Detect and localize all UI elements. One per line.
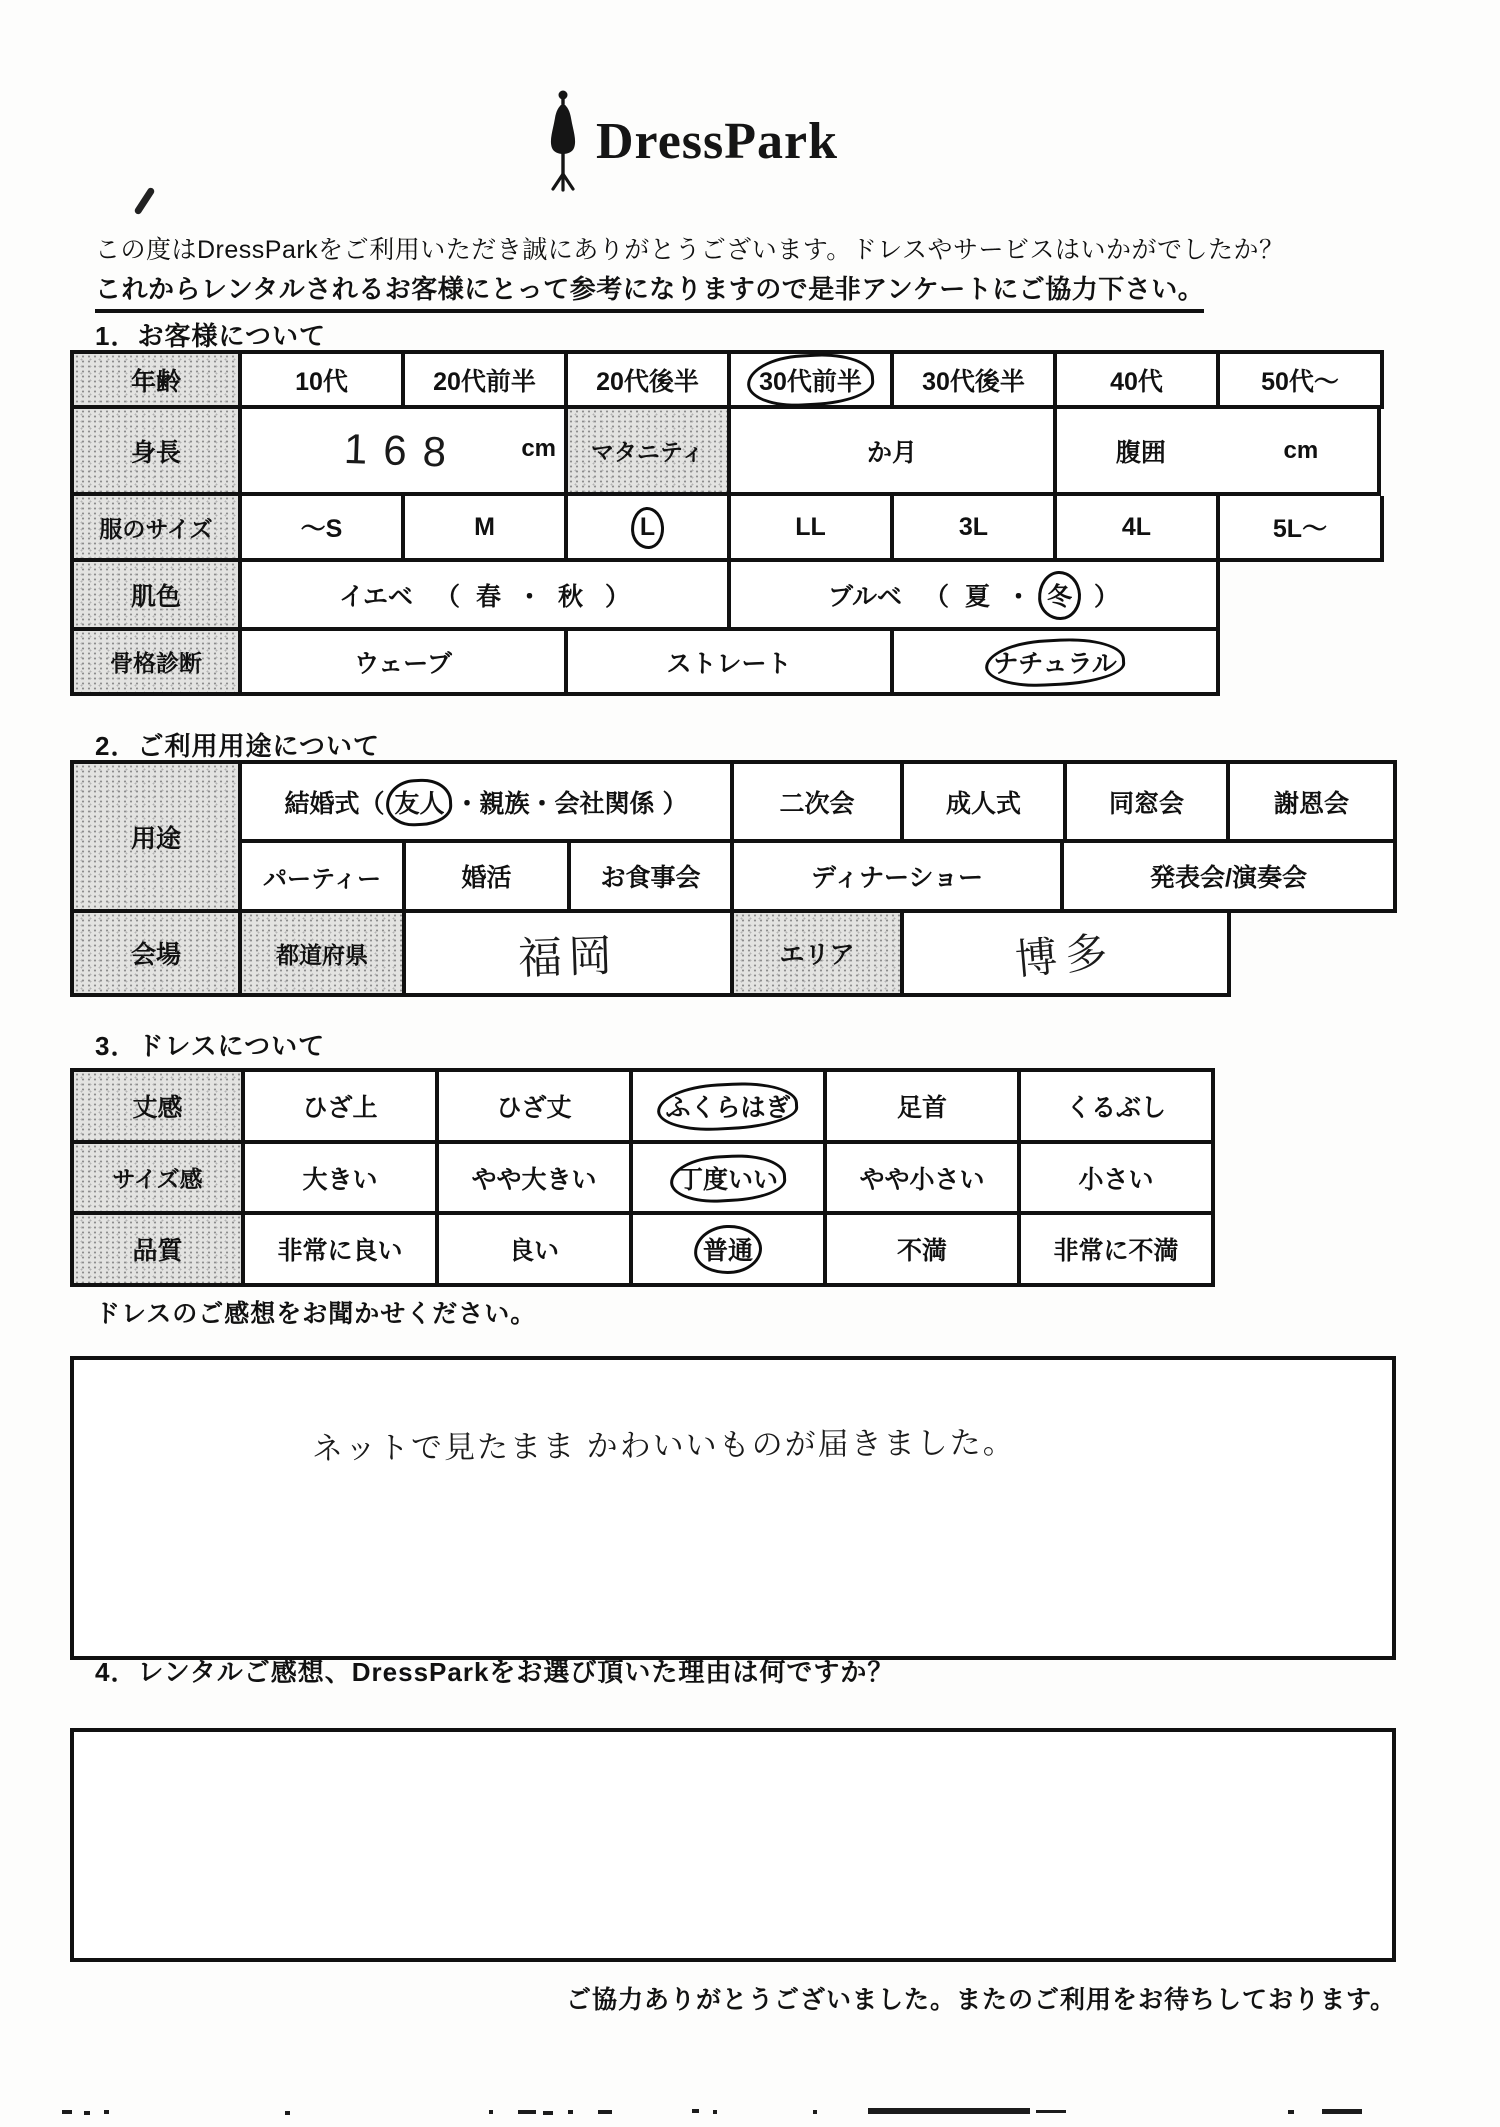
skeleton-row: 骨格診断 ウェーブ ストレート ナチュラル bbox=[74, 631, 1384, 696]
skeleton-header-cell: 骨格診断 bbox=[74, 631, 242, 696]
maternity-months-cell: か月 bbox=[731, 409, 1057, 496]
quality-header-cell: 品質 bbox=[74, 1215, 245, 1287]
intro-line-2: これからレンタルされるお客様にとって参考になりますので是非アンケートにご協力下さ… bbox=[95, 269, 1204, 313]
size-option-cell: LL bbox=[731, 496, 894, 562]
scan-artifact bbox=[568, 2110, 573, 2114]
quality-row: 品質 非常に良い 良い 普通 不満 非常に不満 bbox=[74, 1215, 1215, 1287]
length-option-cell: くるぶし bbox=[1021, 1072, 1215, 1144]
skeleton-option-cell: ウェーブ bbox=[242, 631, 568, 696]
fit-option-cell: 大きい bbox=[245, 1144, 439, 1215]
area-label-cell: エリア bbox=[734, 913, 904, 997]
maternity-cell: マタニティ bbox=[568, 409, 731, 496]
scan-artifact bbox=[104, 2110, 109, 2114]
scan-artifact bbox=[692, 2109, 699, 2113]
age-option-cell-selected: 30代前半 bbox=[731, 354, 894, 409]
clothing-size-row: 服のサイズ ～S M L LL 3L 4L 5L～ bbox=[74, 496, 1384, 562]
height-value-cell: 168 cm bbox=[242, 409, 568, 496]
waist-label: 腹囲 bbox=[1116, 433, 1166, 469]
skeleton-option-cell-selected: ナチュラル bbox=[894, 631, 1220, 696]
usage-option-cell: 謝恩会 bbox=[1230, 764, 1397, 843]
usage-option-cell: 同窓会 bbox=[1067, 764, 1230, 843]
scan-artifact bbox=[1036, 2110, 1066, 2113]
section-3-title: 3．ドレスについて bbox=[95, 1026, 325, 1063]
fit-row: サイズ感 大きい やや大きい 丁度いい やや小さい 小さい bbox=[74, 1144, 1215, 1215]
height-header-cell: 身長 bbox=[74, 409, 242, 496]
skin-blue-cell: ブルベ （ 夏 ・ 冬 ） bbox=[731, 562, 1220, 631]
scan-artifact bbox=[598, 2110, 612, 2114]
usage-option-cell: 発表会/演奏会 bbox=[1064, 843, 1397, 913]
rental-reason-answer-box bbox=[70, 1728, 1396, 1962]
prefecture-value-cell: 福岡 bbox=[406, 913, 734, 997]
fit-option-cell: やや大きい bbox=[439, 1144, 633, 1215]
skin-yellow-cell: イエベ （ 春 ・ 秋 ） bbox=[242, 562, 731, 631]
size-option-cell: M bbox=[405, 496, 568, 562]
waist-unit: cm bbox=[1283, 437, 1318, 465]
age-option-cell: 10代 bbox=[242, 354, 405, 409]
customer-table: 年齢 10代 20代前半 20代後半 30代前半 30代後半 40代 50代～ … bbox=[70, 350, 1384, 696]
quality-option-cell: 非常に良い bbox=[245, 1215, 439, 1287]
skin-blue-selected: 冬 bbox=[1047, 577, 1072, 613]
venue-header-cell: 会場 bbox=[74, 913, 242, 997]
age-option-cell: 50代～ bbox=[1220, 354, 1384, 409]
fit-option-cell: やや小さい bbox=[827, 1144, 1021, 1215]
intro-line-1: この度はDressParkをご利用いただき誠にありがとうございます。ドレスやサー… bbox=[95, 230, 1284, 266]
usage-wedding-cell: 結婚式（ 友人 ・親族・会社関係 ） bbox=[242, 764, 734, 843]
dress-table: 丈感 ひざ上 ひざ丈 ふくらはぎ 足首 くるぶし サイズ感 大きい やや大きい … bbox=[70, 1068, 1215, 1287]
venue-row: 会場 都道府県 福岡 エリア 博多 bbox=[74, 913, 1397, 997]
usage-option-cell: 成人式 bbox=[904, 764, 1067, 843]
quality-option-cell: 非常に不満 bbox=[1021, 1215, 1215, 1287]
feedback-prompt: ドレスのご感想をお聞かせください。 bbox=[95, 1294, 536, 1330]
quality-option-cell-selected: 普通 bbox=[633, 1215, 827, 1287]
length-option-cell: ひざ丈 bbox=[439, 1072, 633, 1144]
section-2-title: 2．ご利用用途について bbox=[95, 726, 380, 763]
pen-mark bbox=[133, 187, 155, 216]
prefecture-handwritten-value: 福岡 bbox=[517, 919, 619, 986]
size-header-cell: 服のサイズ bbox=[74, 496, 242, 562]
length-option-cell-selected: ふくらはぎ bbox=[633, 1072, 827, 1144]
scan-artifact bbox=[813, 2110, 817, 2114]
height-handwritten-value: 168 bbox=[343, 424, 463, 476]
dress-form-icon bbox=[540, 90, 586, 199]
size-option-cell-selected: L bbox=[568, 496, 731, 562]
brand-logo: DressPark bbox=[540, 90, 838, 199]
usage-row-2: パーティー 婚活 お食事会 ディナーショー 発表会/演奏会 bbox=[242, 843, 1397, 913]
age-row: 年齢 10代 20代前半 20代後半 30代前半 30代後半 40代 50代～ bbox=[74, 354, 1384, 409]
size-option-cell: ～S bbox=[242, 496, 405, 562]
feedback-answer-box: ネットで見たまま かわいいものが届きました。 bbox=[70, 1356, 1396, 1660]
length-row: 丈感 ひざ上 ひざ丈 ふくらはぎ 足首 くるぶし bbox=[74, 1072, 1215, 1144]
scan-artifact bbox=[713, 2110, 717, 2114]
skeleton-option-cell: ストレート bbox=[568, 631, 894, 696]
usage-option-cell: パーティー bbox=[242, 843, 406, 913]
usage-option-cell: お食事会 bbox=[571, 843, 734, 913]
age-option-cell: 30代後半 bbox=[894, 354, 1057, 409]
area-handwritten-value: 博多 bbox=[1013, 919, 1118, 987]
usage-option-cell: 婚活 bbox=[406, 843, 571, 913]
usage-row-1: 結婚式（ 友人 ・親族・会社関係 ） 二次会 成人式 同窓会 謝恩会 bbox=[242, 764, 1397, 843]
prefecture-label-cell: 都道府県 bbox=[242, 913, 406, 997]
length-header-cell: 丈感 bbox=[74, 1072, 245, 1144]
survey-scan-page: DressPark この度はDressParkをご利用いただき誠にありがとうござ… bbox=[0, 0, 1500, 2127]
section-4-title: 4．レンタルご感想、DressParkをお選び頂いた理由は何ですか？ bbox=[95, 1652, 894, 1689]
height-unit: cm bbox=[521, 435, 556, 463]
age-option-cell: 20代前半 bbox=[405, 354, 568, 409]
length-option-cell: ひざ上 bbox=[245, 1072, 439, 1144]
length-option-cell: 足首 bbox=[827, 1072, 1021, 1144]
scan-artifact bbox=[1288, 2110, 1294, 2114]
fit-header-cell: サイズ感 bbox=[74, 1144, 245, 1215]
fit-option-cell-selected: 丁度いい bbox=[633, 1144, 827, 1215]
scan-artifact bbox=[285, 2111, 290, 2115]
quality-option-cell: 良い bbox=[439, 1215, 633, 1287]
area-value-cell: 博多 bbox=[904, 913, 1231, 997]
quality-option-cell: 不満 bbox=[827, 1215, 1021, 1287]
skin-header-cell: 肌色 bbox=[74, 562, 242, 631]
usage-rows: 用途 結婚式（ 友人 ・親族・会社関係 ） 二次会 成人式 同窓会 謝恩会 パー… bbox=[74, 764, 1397, 913]
section-1-title: 1．お客様について bbox=[95, 316, 326, 353]
size-option-cell: 5L～ bbox=[1220, 496, 1384, 562]
scan-artifact bbox=[489, 2110, 493, 2114]
age-option-cell: 20代後半 bbox=[568, 354, 731, 409]
scan-artifact bbox=[1322, 2109, 1362, 2114]
age-option-cell: 40代 bbox=[1057, 354, 1220, 409]
waist-cell: 腹囲 cm bbox=[1057, 409, 1381, 496]
scan-artifact bbox=[543, 2111, 553, 2115]
usage-option-cell: ディナーショー bbox=[734, 843, 1064, 913]
feedback-handwritten-answer: ネットで見たまま かわいいものが届きました。 bbox=[312, 1417, 1016, 1468]
skin-tone-row: 肌色 イエベ （ 春 ・ 秋 ） ブルベ （ 夏 ・ 冬 ） bbox=[74, 562, 1384, 631]
usage-wedding-selected: 友人 bbox=[394, 784, 444, 820]
fit-option-cell: 小さい bbox=[1021, 1144, 1215, 1215]
size-option-cell: 3L bbox=[894, 496, 1057, 562]
footer-thanks: ご協力ありがとうございました。またのご利用をお待ちしております。 bbox=[70, 1980, 1396, 2016]
usage-table: 用途 結婚式（ 友人 ・親族・会社関係 ） 二次会 成人式 同窓会 謝恩会 パー… bbox=[70, 760, 1397, 997]
usage-header-cell: 用途 bbox=[74, 764, 242, 913]
scan-artifact bbox=[518, 2110, 536, 2114]
brand-name: DressPark bbox=[596, 112, 838, 171]
scan-artifact bbox=[868, 2108, 1030, 2114]
usage-options-block: 結婚式（ 友人 ・親族・会社関係 ） 二次会 成人式 同窓会 謝恩会 パーティー… bbox=[242, 764, 1397, 913]
scan-artifact bbox=[84, 2111, 90, 2115]
size-option-cell: 4L bbox=[1057, 496, 1220, 562]
height-row: 身長 168 cm マタニティ か月 腹囲 cm bbox=[74, 409, 1384, 496]
scan-artifact bbox=[62, 2110, 72, 2114]
age-header-cell: 年齢 bbox=[74, 354, 242, 409]
usage-option-cell: 二次会 bbox=[734, 764, 904, 843]
